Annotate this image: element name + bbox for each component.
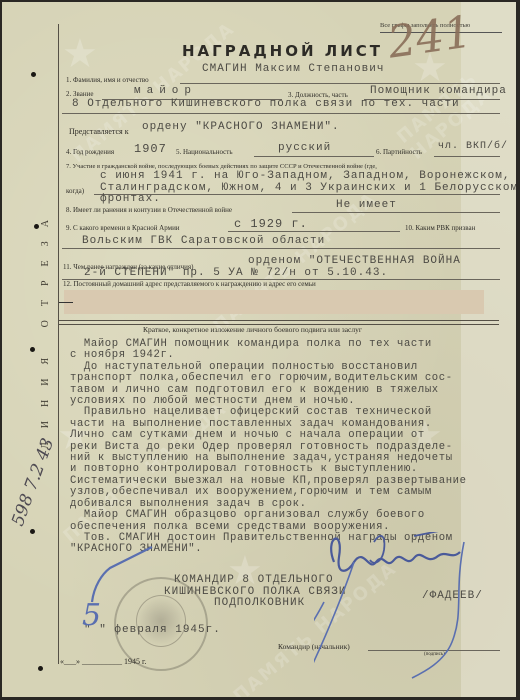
field-name-value: СМАГИН Максим Степанович [202, 63, 384, 75]
home-address-label: 12. Постоянный домашний адрес представля… [63, 280, 316, 288]
draft-office-value: Вольским ГВК Саратовской области [82, 235, 325, 247]
award-sheet: ★ ПАМЯТЬ НАРОДА ★ ПАМЯТЬ НАРОДА ПАМЯТЬ Н… [2, 2, 516, 697]
field-position-value-2: 8 Отдельного Кишиневского полка связи по… [72, 98, 460, 110]
field-position-value-1: Помощник командира [370, 85, 507, 97]
wounds-label: 8. Имеет ли ранения и контузии в Отечест… [66, 206, 232, 214]
birth-year-value: 1907 [134, 142, 167, 156]
signer-title-1: КОМАНДИР 8 ОТДЕЛЬНОГО [174, 574, 334, 586]
field-rule [254, 156, 374, 157]
field-rank-label: 2. Звание [66, 90, 93, 98]
draft-office-label: 10. Каким РВК призван [405, 224, 475, 232]
punch-hole [30, 529, 35, 534]
narrative-text: Майор СМАГИН помощник командира полка по… [70, 339, 510, 556]
presented-label: Представляется к [69, 127, 129, 136]
birth-year-label: 4. Год рождения [66, 148, 114, 156]
cut-line-label: ЛИНИЯ ОТРЕЗА [38, 192, 52, 462]
party-value: чл. ВКП/б/ [438, 141, 508, 152]
army-since-label: 9. С какого времени в Красной Армии [66, 224, 180, 232]
nationality-label: 5. Национальность [176, 148, 233, 156]
margin-handwriting: 598 7.2 43 [8, 436, 58, 529]
redacted-address [64, 290, 484, 314]
presented-value: ордену "КРАСНОГО ЗНАМЕНИ". [142, 121, 340, 133]
punch-hole [31, 72, 36, 77]
narrative-heading: Краткое, конкретное изложение личного бо… [143, 325, 362, 334]
field-rank-value: майор [134, 85, 197, 97]
field-name-label: 1. Фамилия, имя и отчество [66, 76, 149, 84]
prior-awards-value-2: 2-й СТЕПЕНИ" пр. 5 УА № 72/н от 5.10.43. [84, 267, 388, 279]
punch-hole [34, 224, 39, 229]
combat-value-1: с июня 1941 г. на Юго-Западном, Западном… [100, 170, 510, 182]
blue-pencil-mark [82, 542, 172, 612]
date-printed: «___» __________ 1945 г. [60, 657, 146, 666]
field-rule [228, 231, 400, 232]
field-rule [59, 302, 73, 303]
party-label: 6. Партийность [376, 148, 422, 156]
combat-label: 7. Участие в гражданской войне, последую… [66, 163, 377, 170]
prior-awards-value-1: орденом "ОТЕЧЕСТВЕННАЯ ВОЙНА [248, 255, 461, 267]
narrative-line: Майор СМАГИН образцово организовал служб… [70, 510, 510, 521]
field-rule [62, 113, 500, 114]
margin-rule [58, 24, 59, 664]
nationality-value: русский [278, 142, 331, 154]
ink-signature [314, 532, 474, 692]
page-title: НАГРАДНОЙ ЛИСТ [182, 42, 383, 60]
army-since-value: с 1929 г. [234, 217, 308, 231]
watermark-star-icon: ★ [62, 30, 98, 77]
date-typed: " " февраля 1945г. [84, 624, 221, 636]
combat-value-3: фронтах. [100, 193, 161, 205]
punch-hole [38, 666, 43, 671]
narrative-line: транспорт полка,обеспечил его горючим,во… [70, 373, 510, 384]
field-rule [180, 83, 500, 84]
wounds-value: Не имеет [336, 199, 397, 211]
field-rule [292, 212, 500, 213]
combat-label-when: когда) [66, 187, 84, 195]
narrative-line: узлов,обеспечивал их вооружением,горючим… [70, 487, 510, 498]
field-rule [434, 156, 500, 157]
narrative-line: Лично сам сутками днем и ночью с начала … [70, 430, 510, 441]
punch-hole [30, 347, 35, 352]
combat-value-2: Сталинградском, Южном, 4 и 3 Украинских … [100, 182, 516, 194]
signer-rank: ПОДПОЛКОВНИК [214, 597, 305, 609]
field-rule [62, 248, 500, 249]
